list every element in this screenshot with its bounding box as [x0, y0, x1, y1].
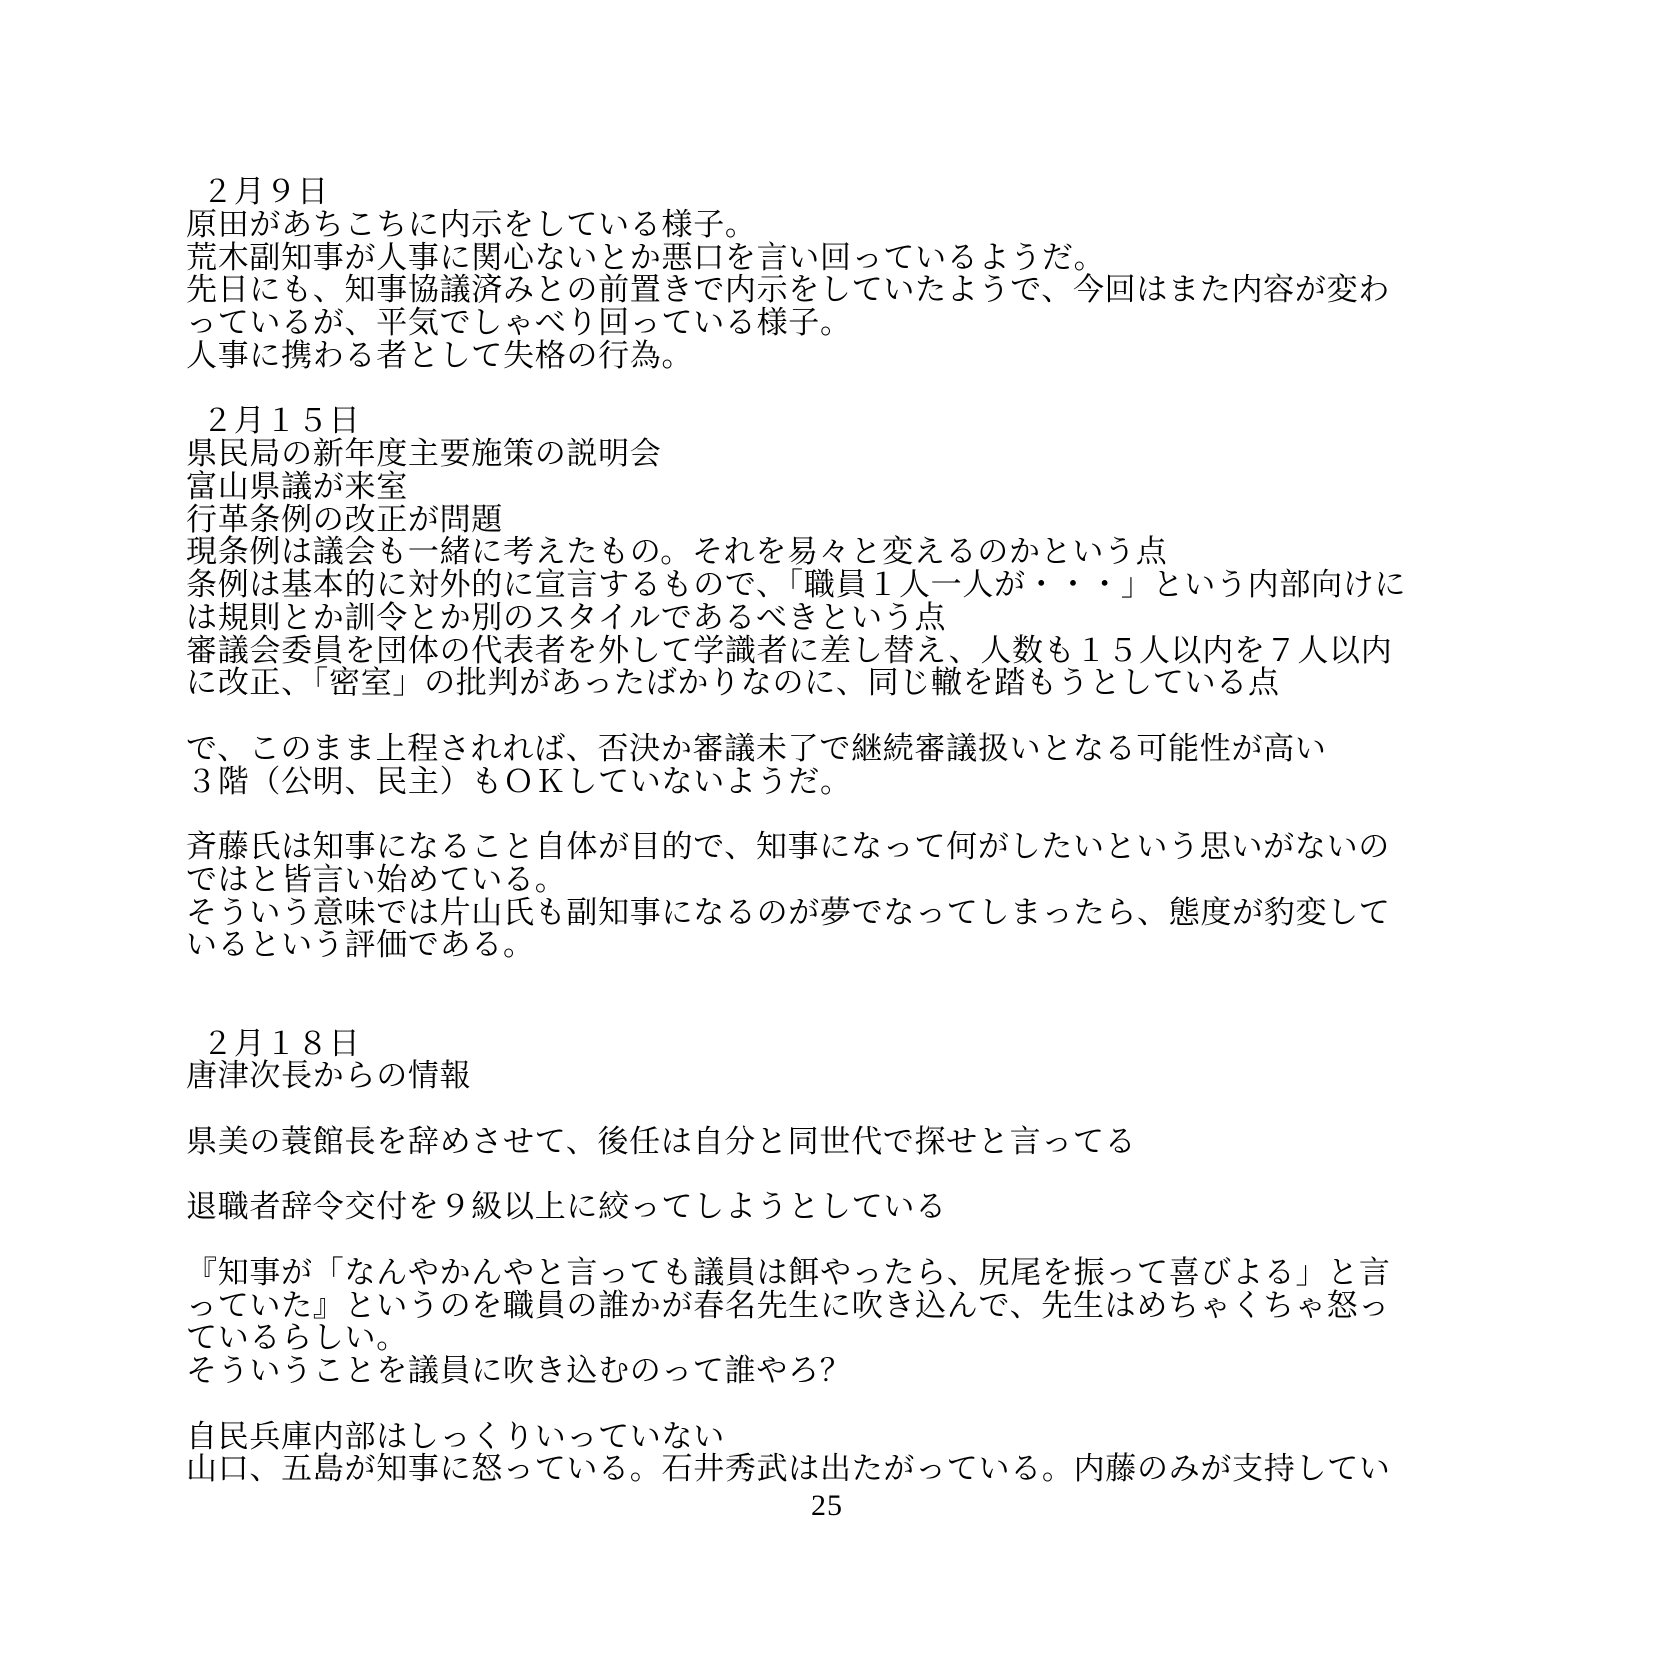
blank-line — [186, 700, 1466, 733]
blank-line — [186, 1224, 1466, 1257]
text-line: で、このまま上程されれば、否決か審議未了で継続審議扱いとなる可能性が高い — [186, 733, 1466, 766]
text-line: は規則とか訓令とか別のスタイルであるべきという点 — [186, 602, 1466, 635]
blank-line — [186, 373, 1466, 406]
blank-line — [186, 1388, 1466, 1421]
text-line: 『知事が「なんやかんやと言っても議員は餌やったら、尻尾を振って喜びよる」と言 — [186, 1257, 1466, 1290]
blank-line — [186, 1159, 1466, 1192]
text-line: 先日にも、知事協議済みとの前置きで内示をしていたようで、今回はまた内容が変わ — [186, 274, 1466, 307]
text-line: ているらしい。 — [186, 1322, 1466, 1355]
text-line: 県民局の新年度主要施策の説明会 — [186, 438, 1466, 471]
text-line: 荒木副知事が人事に関心ないとか悪口を言い回っているようだ。 — [186, 242, 1466, 275]
text-line: 斉藤氏は知事になること自体が目的で、知事になって何がしたいという思いがないの — [186, 831, 1466, 864]
blank-line — [186, 962, 1466, 995]
text-line: 県美の蓑館長を辞めさせて、後任は自分と同世代で探せと言ってる — [186, 1126, 1466, 1159]
text-line: 山口、五島が知事に怒っている。石井秀武は出たがっている。内藤のみが支持してい — [186, 1453, 1466, 1486]
blank-line — [186, 1093, 1466, 1126]
text-line: いるという評価である。 — [186, 929, 1466, 962]
text-line: ３階（公明、民主）もＯＫしていないようだ。 — [186, 766, 1466, 799]
page-number: 25 — [0, 1489, 1654, 1522]
text-line: ２月９日 — [186, 176, 1466, 209]
document-page: ２月９日原田があちこちに内示をしている様子。荒木副知事が人事に関心ないとか悪口を… — [0, 0, 1654, 1654]
text-line: 富山県議が来室 — [186, 471, 1466, 504]
text-line: ではと皆言い始めている。 — [186, 864, 1466, 897]
text-line: 人事に携わる者として失格の行為。 — [186, 340, 1466, 373]
text-line: 現条例は議会も一緒に考えたもの。それを易々と変えるのかという点 — [186, 536, 1466, 569]
text-line: そういうことを議員に吹き込むのって誰やろ？ — [186, 1355, 1466, 1388]
text-line: 自民兵庫内部はしっくりいっていない — [186, 1421, 1466, 1454]
text-line: 唐津次長からの情報 — [186, 1060, 1466, 1093]
document-body: ２月９日原田があちこちに内示をしている様子。荒木副知事が人事に関心ないとか悪口を… — [186, 176, 1466, 1486]
text-line: っているが、平気でしゃべり回っている様子。 — [186, 307, 1466, 340]
text-line: 条例は基本的に対外的に宣言するもので、「職員１人一人が・・・」という内部向けに — [186, 569, 1466, 602]
text-line: 審議会委員を団体の代表者を外して学識者に差し替え、人数も１５人以内を７人以内 — [186, 635, 1466, 668]
text-line: 行革条例の改正が問題 — [186, 504, 1466, 537]
text-line: に改正、「密室」の批判があったばかりなのに、同じ轍を踏もうとしている点 — [186, 667, 1466, 700]
text-line: ２月１５日 — [186, 405, 1466, 438]
blank-line — [186, 995, 1466, 1028]
text-line: そういう意味では片山氏も副知事になるのが夢でなってしまったら、態度が豹変して — [186, 897, 1466, 930]
blank-line — [186, 798, 1466, 831]
text-line: 原田があちこちに内示をしている様子。 — [186, 209, 1466, 242]
text-line: 退職者辞令交付を９級以上に絞ってしようとしている — [186, 1191, 1466, 1224]
text-line: っていた』というのを職員の誰かが春名先生に吹き込んで、先生はめちゃくちゃ怒っ — [186, 1290, 1466, 1323]
text-line: ２月１８日 — [186, 1028, 1466, 1061]
